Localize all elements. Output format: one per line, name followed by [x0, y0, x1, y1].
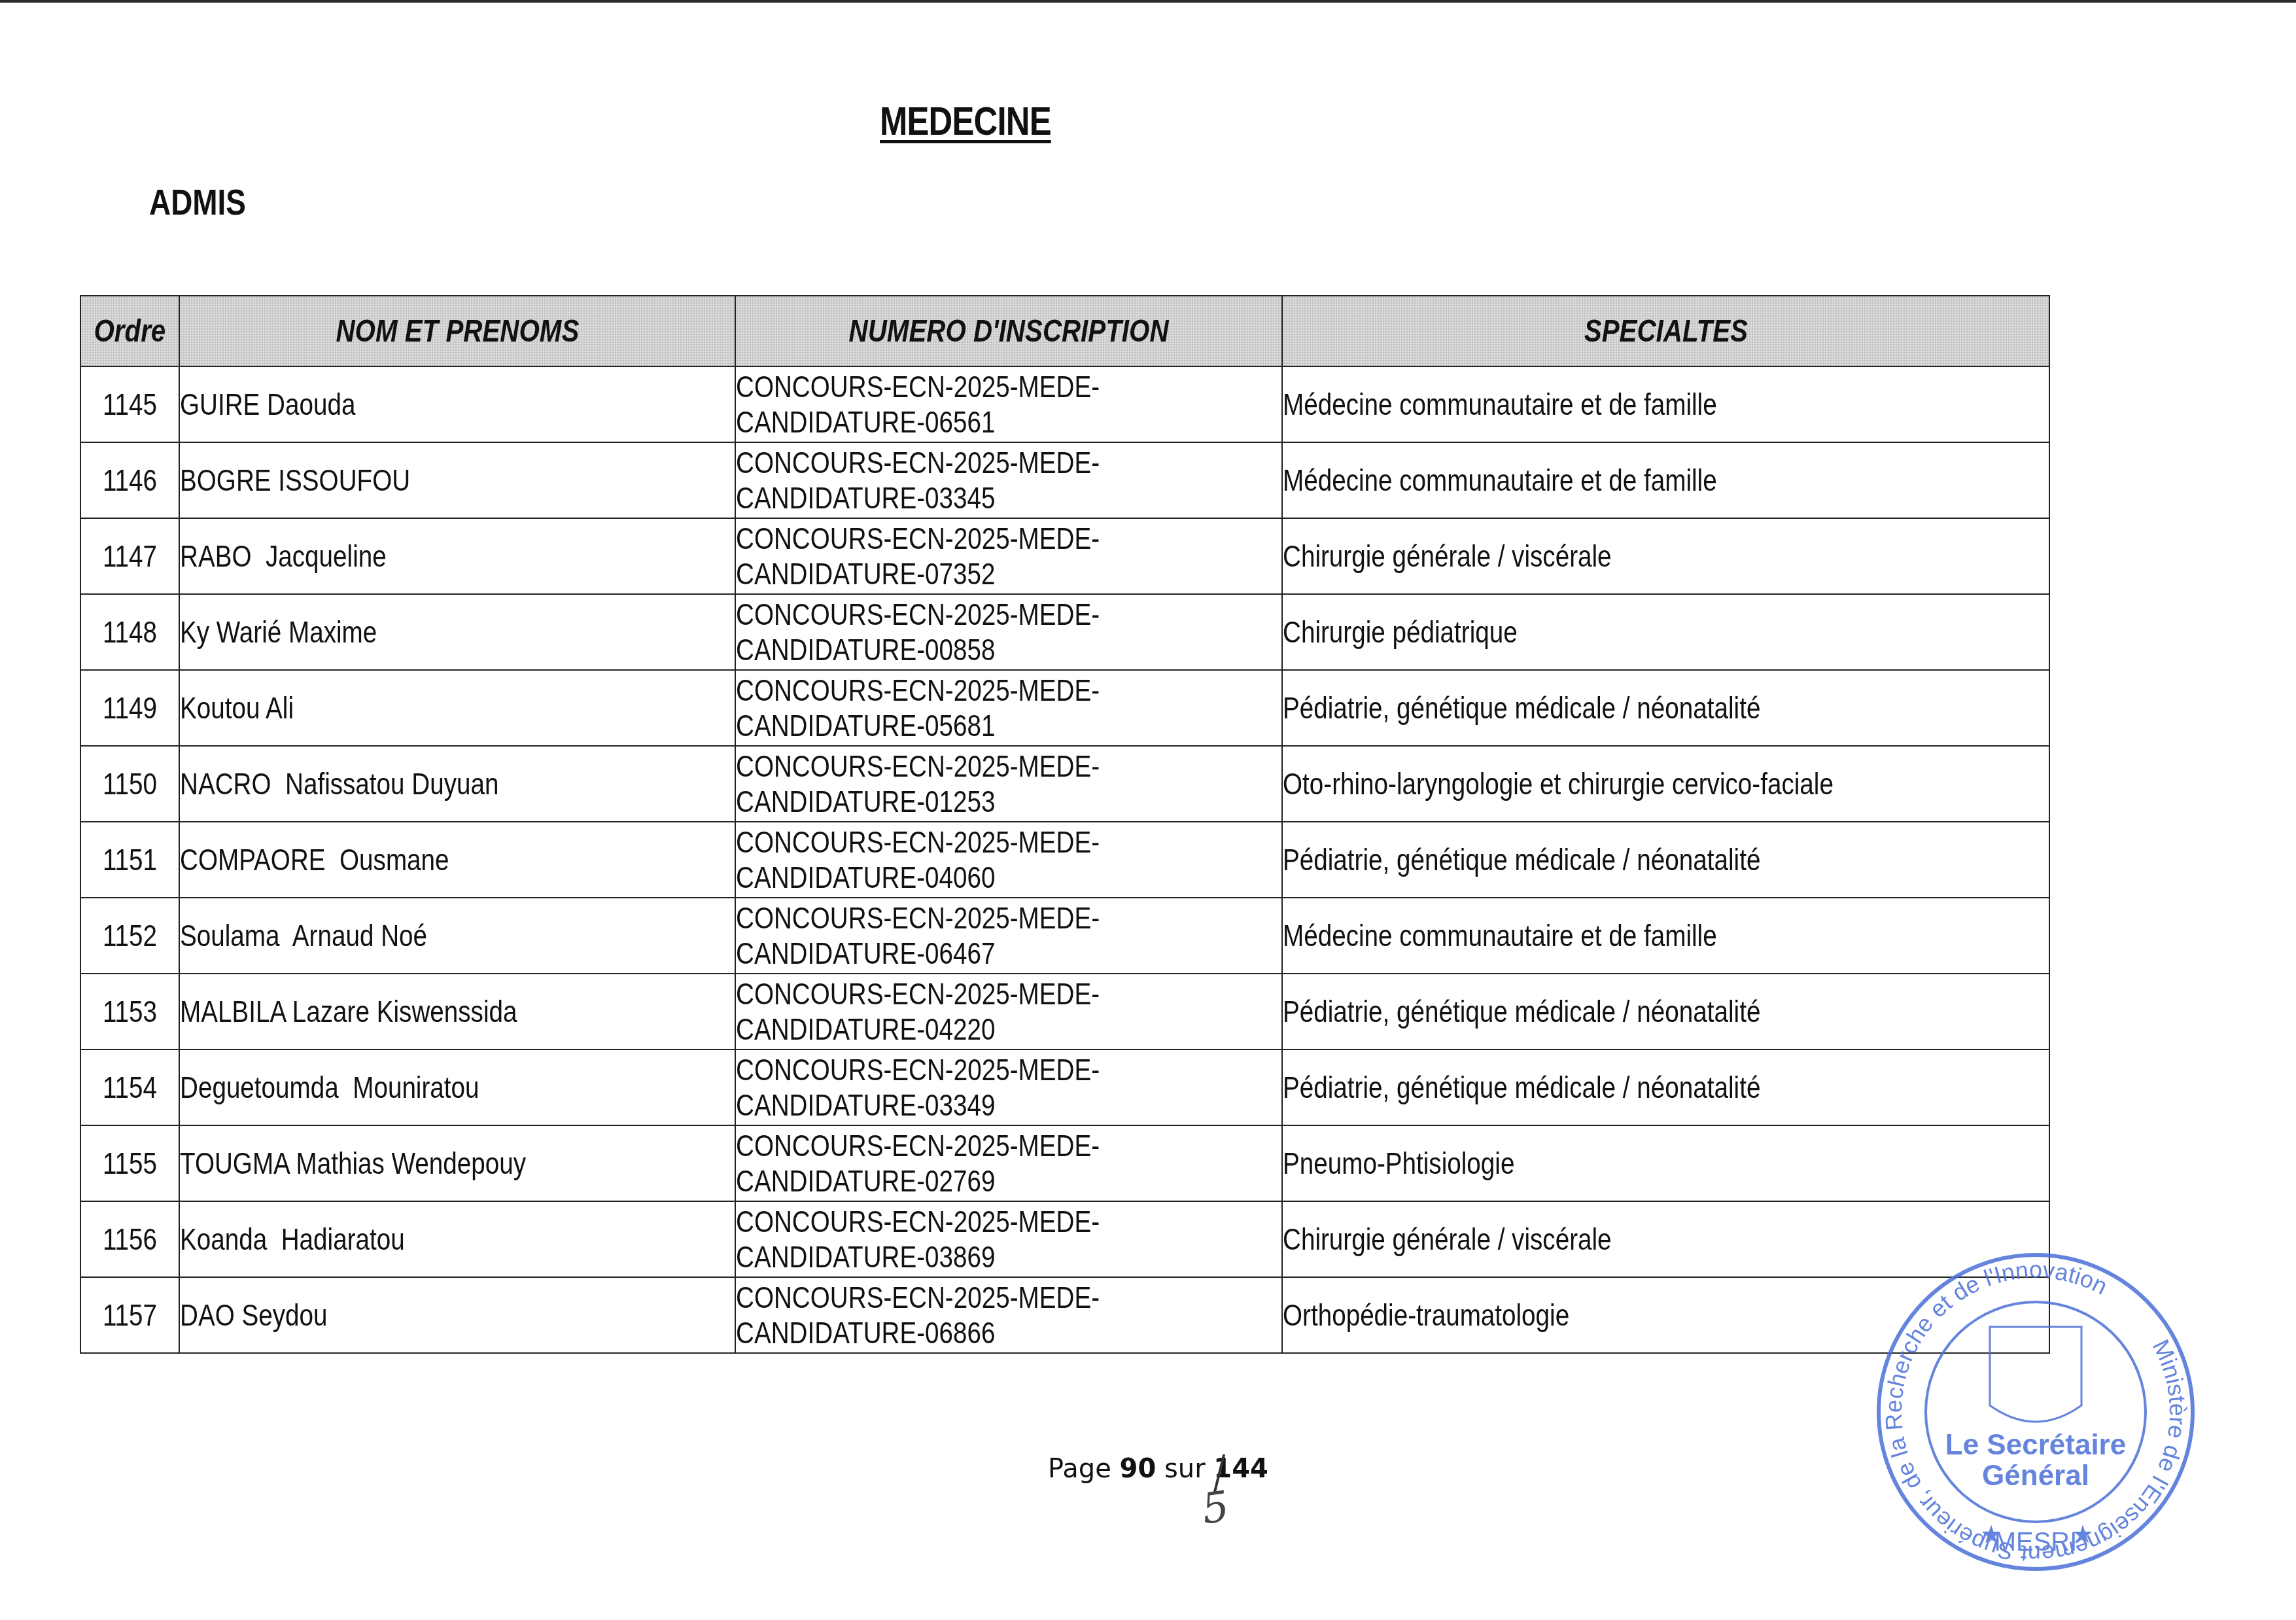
- cell-nom: Koanda Hadiaratou: [179, 1201, 735, 1277]
- numero-line-2: CANDIDATURE-06561: [736, 404, 1100, 440]
- ordre-value: 1147: [103, 538, 157, 574]
- header-numero-label: NUMERO D'INSCRIPTION: [849, 313, 1169, 349]
- cell-ordre: 1145: [80, 366, 179, 442]
- table-row: 1151COMPAORE OusmaneCONCOURS-ECN-2025-ME…: [80, 822, 2049, 898]
- table-row: 1153MALBILA Lazare KiswenssidaCONCOURS-E…: [80, 974, 2049, 1049]
- cell-numero: CONCOURS-ECN-2025-MEDE-CANDIDATURE-07352: [735, 518, 1282, 594]
- numero-line-2: CANDIDATURE-00858: [736, 632, 1100, 667]
- ordre-value: 1153: [103, 994, 157, 1029]
- cell-specialite: Pédiatrie, génétique médicale / néonatal…: [1282, 670, 2049, 746]
- specialite-value: Pédiatrie, génétique médicale / néonatal…: [1283, 1070, 1760, 1105]
- cell-nom: Soulama Arnaud Noé: [179, 898, 735, 974]
- table-row: 1148Ky Warié MaximeCONCOURS-ECN-2025-MED…: [80, 594, 2049, 670]
- numero-line-2: CANDIDATURE-07352: [736, 556, 1100, 591]
- coat-of-arms-icon: [1990, 1327, 2081, 1422]
- section-title: ADMIS: [149, 181, 246, 223]
- numero-line-1: CONCOURS-ECN-2025-MEDE-: [736, 521, 1100, 556]
- nom-value: Deguetoumda Mouniratou: [180, 1070, 479, 1105]
- ordre-value: 1154: [103, 1070, 157, 1105]
- numero-line-1: CONCOURS-ECN-2025-MEDE-: [736, 445, 1100, 480]
- table-header-row: Ordre NOM ET PRENOMS NUMERO D'INSCRIPTIO…: [80, 296, 2049, 366]
- numero-line-1: CONCOURS-ECN-2025-MEDE-: [736, 900, 1100, 936]
- nom-value: RABO Jacqueline: [180, 538, 387, 574]
- numero-line-2: CANDIDATURE-06467: [736, 936, 1100, 971]
- specialite-value: Chirurgie pédiatrique: [1283, 614, 1518, 650]
- cell-numero: CONCOURS-ECN-2025-MEDE-CANDIDATURE-06561: [735, 366, 1282, 442]
- numero-line-2: CANDIDATURE-03869: [736, 1239, 1100, 1275]
- nom-value: Ky Warié Maxime: [180, 614, 377, 650]
- cell-nom: DAO Seydou: [179, 1277, 735, 1353]
- ordre-value: 1149: [103, 690, 157, 726]
- cell-ordre: 1152: [80, 898, 179, 974]
- cell-ordre: 1151: [80, 822, 179, 898]
- numero-line-2: CANDIDATURE-04220: [736, 1012, 1100, 1047]
- cell-ordre: 1153: [80, 974, 179, 1049]
- ordre-value: 1145: [103, 387, 157, 422]
- nom-value: Koutou Ali: [180, 690, 294, 726]
- nom-value: TOUGMA Mathias Wendepouy: [180, 1146, 526, 1181]
- official-stamp-icon: Ministère de l'Enseignement Supérieur, d…: [1872, 1248, 2199, 1576]
- ordre-value: 1152: [103, 918, 157, 953]
- page-footer: Page 90 sur 144: [1048, 1454, 1268, 1484]
- header-ordre-label: Ordre: [94, 313, 166, 349]
- cell-nom: COMPAORE Ousmane: [179, 822, 735, 898]
- numero-line-2: CANDIDATURE-01253: [736, 784, 1100, 819]
- page-prefix: Page: [1048, 1454, 1111, 1484]
- star-icon: ★: [1980, 1521, 2002, 1549]
- cell-ordre: 1157: [80, 1277, 179, 1353]
- specialite-value: Pédiatrie, génétique médicale / néonatal…: [1283, 994, 1760, 1029]
- cell-specialite: Chirurgie générale / viscérale: [1282, 518, 2049, 594]
- header-specialites-label: SPECIALTES: [1584, 313, 1747, 349]
- page-number: 90: [1120, 1454, 1157, 1484]
- cell-numero: CONCOURS-ECN-2025-MEDE-CANDIDATURE-01253: [735, 746, 1282, 822]
- header-specialites: SPECIALTES: [1282, 296, 2049, 366]
- table-row: 1157DAO SeydouCONCOURS-ECN-2025-MEDE-CAN…: [80, 1277, 2049, 1353]
- numero-line-2: CANDIDATURE-04060: [736, 860, 1100, 895]
- nom-value: COMPAORE Ousmane: [180, 842, 449, 877]
- specialite-value: Chirurgie générale / viscérale: [1283, 1222, 1612, 1257]
- table-row: 1152Soulama Arnaud NoéCONCOURS-ECN-2025-…: [80, 898, 2049, 974]
- cell-ordre: 1150: [80, 746, 179, 822]
- table-row: 1155TOUGMA Mathias WendepouyCONCOURS-ECN…: [80, 1125, 2049, 1201]
- star-icon: ★: [2072, 1521, 2094, 1549]
- cell-numero: CONCOURS-ECN-2025-MEDE-CANDIDATURE-06866: [735, 1277, 1282, 1353]
- numero-line-1: CONCOURS-ECN-2025-MEDE-: [736, 748, 1100, 784]
- cell-specialite: Médecine communautaire et de famille: [1282, 366, 2049, 442]
- cell-numero: CONCOURS-ECN-2025-MEDE-CANDIDATURE-03349: [735, 1049, 1282, 1125]
- cell-nom: RABO Jacqueline: [179, 518, 735, 594]
- specialite-value: Pédiatrie, génétique médicale / néonatal…: [1283, 842, 1760, 877]
- table-row: 1145GUIRE DaoudaCONCOURS-ECN-2025-MEDE-C…: [80, 366, 2049, 442]
- cell-numero: CONCOURS-ECN-2025-MEDE-CANDIDATURE-03869: [735, 1201, 1282, 1277]
- stamp-bottom-text: MESRI: [1994, 1528, 2078, 1557]
- cell-numero: CONCOURS-ECN-2025-MEDE-CANDIDATURE-06467: [735, 898, 1282, 974]
- specialite-value: Médecine communautaire et de famille: [1283, 463, 1717, 498]
- specialite-value: Oto-rhino-laryngologie et chirurgie cerv…: [1283, 766, 1834, 801]
- cell-specialite: Oto-rhino-laryngologie et chirurgie cerv…: [1282, 746, 2049, 822]
- numero-line-2: CANDIDATURE-06866: [736, 1315, 1100, 1350]
- cell-specialite: Pédiatrie, génétique médicale / néonatal…: [1282, 1049, 2049, 1125]
- ordre-value: 1150: [103, 766, 157, 801]
- numero-line-2: CANDIDATURE-05681: [736, 708, 1100, 743]
- cell-numero: CONCOURS-ECN-2025-MEDE-CANDIDATURE-00858: [735, 594, 1282, 670]
- cell-numero: CONCOURS-ECN-2025-MEDE-CANDIDATURE-05681: [735, 670, 1282, 746]
- stamp-center-line-1: Le Secrétaire: [1945, 1429, 2126, 1461]
- cell-ordre: 1146: [80, 442, 179, 518]
- cell-specialite: Pédiatrie, génétique médicale / néonatal…: [1282, 974, 2049, 1049]
- numero-line-2: CANDIDATURE-03345: [736, 480, 1100, 516]
- cell-nom: GUIRE Daouda: [179, 366, 735, 442]
- cell-nom: BOGRE ISSOUFOU: [179, 442, 735, 518]
- table-row: 1146BOGRE ISSOUFOUCONCOURS-ECN-2025-MEDE…: [80, 442, 2049, 518]
- specialite-value: Orthopédie-traumatologie: [1283, 1297, 1569, 1333]
- nom-value: DAO Seydou: [180, 1297, 328, 1333]
- nom-value: GUIRE Daouda: [180, 387, 355, 422]
- table-row: 1156Koanda HadiaratouCONCOURS-ECN-2025-M…: [80, 1201, 2049, 1277]
- scan-edge-line: [0, 0, 2296, 3]
- nom-value: NACRO Nafissatou Duyuan: [180, 766, 499, 801]
- header-nom-label: NOM ET PRENOMS: [336, 313, 579, 349]
- cell-nom: Deguetoumda Mouniratou: [179, 1049, 735, 1125]
- cell-ordre: 1154: [80, 1049, 179, 1125]
- table-row: 1154Deguetoumda MouniratouCONCOURS-ECN-2…: [80, 1049, 2049, 1125]
- ordre-value: 1148: [103, 614, 157, 650]
- page-separator: sur: [1164, 1454, 1206, 1484]
- numero-line-1: CONCOURS-ECN-2025-MEDE-: [736, 976, 1100, 1012]
- cell-specialite: Médecine communautaire et de famille: [1282, 898, 2049, 974]
- header-numero: NUMERO D'INSCRIPTION: [735, 296, 1282, 366]
- admitted-candidates-table: Ordre NOM ET PRENOMS NUMERO D'INSCRIPTIO…: [80, 295, 2050, 1354]
- numero-line-1: CONCOURS-ECN-2025-MEDE-: [736, 1128, 1100, 1163]
- ordre-value: 1146: [103, 463, 157, 498]
- numero-line-1: CONCOURS-ECN-2025-MEDE-: [736, 1052, 1100, 1087]
- cell-specialite: Médecine communautaire et de famille: [1282, 442, 2049, 518]
- specialite-value: Pédiatrie, génétique médicale / néonatal…: [1283, 690, 1760, 726]
- cell-nom: MALBILA Lazare Kiswenssida: [179, 974, 735, 1049]
- table-row: 1149Koutou AliCONCOURS-ECN-2025-MEDE-CAN…: [80, 670, 2049, 746]
- specialite-value: Pneumo-Phtisiologie: [1283, 1146, 1514, 1181]
- numero-line-1: CONCOURS-ECN-2025-MEDE-: [736, 1280, 1100, 1315]
- cell-numero: CONCOURS-ECN-2025-MEDE-CANDIDATURE-03345: [735, 442, 1282, 518]
- cell-nom: Koutou Ali: [179, 670, 735, 746]
- cell-numero: CONCOURS-ECN-2025-MEDE-CANDIDATURE-04060: [735, 822, 1282, 898]
- cell-specialite: Pneumo-Phtisiologie: [1282, 1125, 2049, 1201]
- numero-line-2: CANDIDATURE-02769: [736, 1163, 1100, 1199]
- numero-line-1: CONCOURS-ECN-2025-MEDE-: [736, 673, 1100, 708]
- cell-ordre: 1147: [80, 518, 179, 594]
- stamp-center-line-2: Général: [1982, 1460, 2089, 1492]
- specialite-value: Médecine communautaire et de famille: [1283, 387, 1717, 422]
- cell-specialite: Pédiatrie, génétique médicale / néonatal…: [1282, 822, 2049, 898]
- numero-line-1: CONCOURS-ECN-2025-MEDE-: [736, 1204, 1100, 1239]
- numero-line-1: CONCOURS-ECN-2025-MEDE-: [736, 597, 1100, 632]
- table-row: 1147RABO JacquelineCONCOURS-ECN-2025-MED…: [80, 518, 2049, 594]
- ordre-value: 1151: [103, 842, 157, 877]
- ordre-value: 1157: [103, 1297, 157, 1333]
- cell-ordre: 1156: [80, 1201, 179, 1277]
- cell-ordre: 1155: [80, 1125, 179, 1201]
- specialite-value: Médecine communautaire et de famille: [1283, 918, 1717, 953]
- cell-numero: CONCOURS-ECN-2025-MEDE-CANDIDATURE-02769: [735, 1125, 1282, 1201]
- nom-value: Soulama Arnaud Noé: [180, 918, 427, 953]
- cell-numero: CONCOURS-ECN-2025-MEDE-CANDIDATURE-04220: [735, 974, 1282, 1049]
- numero-line-1: CONCOURS-ECN-2025-MEDE-: [736, 824, 1100, 860]
- nom-value: MALBILA Lazare Kiswenssida: [180, 994, 517, 1029]
- cell-nom: TOUGMA Mathias Wendepouy: [179, 1125, 735, 1201]
- numero-line-1: CONCOURS-ECN-2025-MEDE-: [736, 369, 1100, 404]
- table-body: 1145GUIRE DaoudaCONCOURS-ECN-2025-MEDE-C…: [80, 366, 2049, 1353]
- page-title: MEDECINE: [880, 98, 1051, 145]
- ordre-value: 1156: [103, 1222, 157, 1257]
- cell-ordre: 1148: [80, 594, 179, 670]
- header-ordre: Ordre: [80, 296, 179, 366]
- ordre-value: 1155: [103, 1146, 157, 1181]
- table-row: 1150NACRO Nafissatou DuyuanCONCOURS-ECN-…: [80, 746, 2049, 822]
- handwritten-correction: 5: [1199, 1483, 1232, 1534]
- cell-nom: Ky Warié Maxime: [179, 594, 735, 670]
- numero-line-2: CANDIDATURE-03349: [736, 1087, 1100, 1123]
- specialite-value: Chirurgie générale / viscérale: [1283, 538, 1612, 574]
- cell-specialite: Chirurgie pédiatrique: [1282, 594, 2049, 670]
- cell-nom: NACRO Nafissatou Duyuan: [179, 746, 735, 822]
- nom-value: Koanda Hadiaratou: [180, 1222, 405, 1257]
- header-nom: NOM ET PRENOMS: [179, 296, 735, 366]
- cell-ordre: 1149: [80, 670, 179, 746]
- nom-value: BOGRE ISSOUFOU: [180, 463, 410, 498]
